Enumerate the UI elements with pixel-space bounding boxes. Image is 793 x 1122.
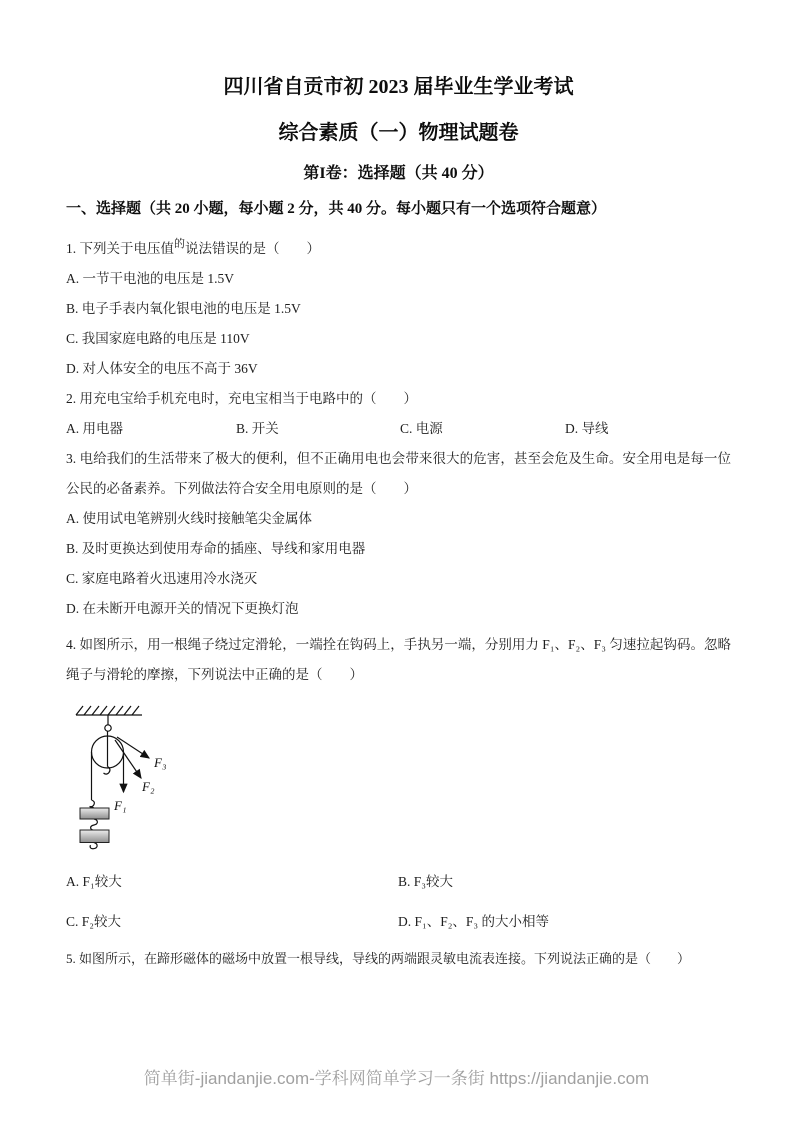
question-1-stem-post: 说法错误的是（ ） [185,241,320,256]
force-arrow-f2 [115,740,141,778]
question-3-option-b: B. 及时更换达到使用寿命的插座、导线和家用电器 [66,534,731,564]
question-1-stem-pre: 1. 下列关于电压值 [66,241,174,256]
force-label-f1: F₁ [113,798,126,813]
question-3-stem: 3. 电给我们的生活带来了极大的便利，但不正确用电也会带来很大的危害，甚至会危及… [66,444,731,504]
question-2-option-c: C. 电源 [400,414,565,444]
question-3-option-a: A. 使用试电笔辨别火线时接触笔尖金属体 [66,504,731,534]
question-4-option-b: B. F₃较大 [398,862,731,902]
ceiling-hatch [76,706,142,715]
question-4-stem: 4. 如图所示，用一根绳子绕过定滑轮，一端拴在钩码上，手执另一端，分别用力 F₁… [66,630,731,690]
question-1-option-a: A. 一节干电池的电压是 1.5V [66,264,731,294]
question-5-stem: 5. 如图所示，在蹄形磁体的磁场中放置一根导线，导线的两端跟灵敏电流表连接。下列… [66,944,731,974]
exam-document: 四川省自贡市初 2023 届毕业生学业考试 综合素质（一）物理试题卷 第I卷：选… [0,0,793,974]
question-1-option-c: C. 我国家庭电路的电压是 110V [66,324,731,354]
question-4-options: A. F₁较大 B. F₃较大 C. F₂较大 D. F₁、F₂、F₃ 的大小相… [66,862,731,942]
weight-block-top [80,808,109,819]
part-heading: 第I卷：选择题（共 40 分） [66,160,731,183]
question-4-option-c: C. F₂较大 [66,902,398,942]
question-1-option-b: B. 电子手表内氧化银电池的电压是 1.5V [66,294,731,324]
section-instruction: 一、选择题（共 20 小题，每小题 2 分，共 40 分。每小题只有一个选项符合… [66,197,731,218]
question-1-stem: 1. 下列关于电压值的说法错误的是（ ） [66,234,731,264]
weight-top-hook-icon [90,800,95,808]
question-1-option-d: D. 对人体安全的电压不高于 36V [66,354,731,384]
exam-subtitle: 综合素质（一）物理试题卷 [66,116,731,145]
force-label-f3: F₃ [153,755,166,770]
question-2-option-d: D. 导线 [565,414,731,444]
pulley-figure: F₁ F₂ F₃ [64,704,731,862]
force-arrow-f3 [117,737,149,758]
question-2-option-a: A. 用电器 [66,414,236,444]
question-4-option-a: A. F₁较大 [66,862,398,902]
question-4-option-d: D. F₁、F₂、F₃ 的大小相等 [398,902,731,942]
weight-bottom-hook-icon [90,843,97,849]
pulley-diagram: F₁ F₂ F₃ [64,704,264,862]
question-1-superscript-de: 的 [174,238,185,250]
watermark-footer: 简单街-jiandanjie.com-学科网简单学习一条街 https://ji… [0,1064,793,1089]
force-label-f2: F₂ [141,779,155,794]
weight-middle-hook-icon [91,819,98,830]
weight-block-bottom [80,830,109,843]
question-2-stem: 2. 用充电宝给手机充电时，充电宝相当于电路中的（ ） [66,384,731,414]
question-3-option-c: C. 家庭电路着火迅速用冷水浇灭 [66,564,731,594]
top-hook-icon [105,725,111,731]
question-2-option-b: B. 开关 [236,414,400,444]
exam-title: 四川省自贡市初 2023 届毕业生学业考试 [66,70,731,99]
question-2-options: A. 用电器 B. 开关 C. 电源 D. 导线 [66,414,731,444]
question-3-option-d: D. 在未断开电源开关的情况下更换灯泡 [66,594,731,624]
